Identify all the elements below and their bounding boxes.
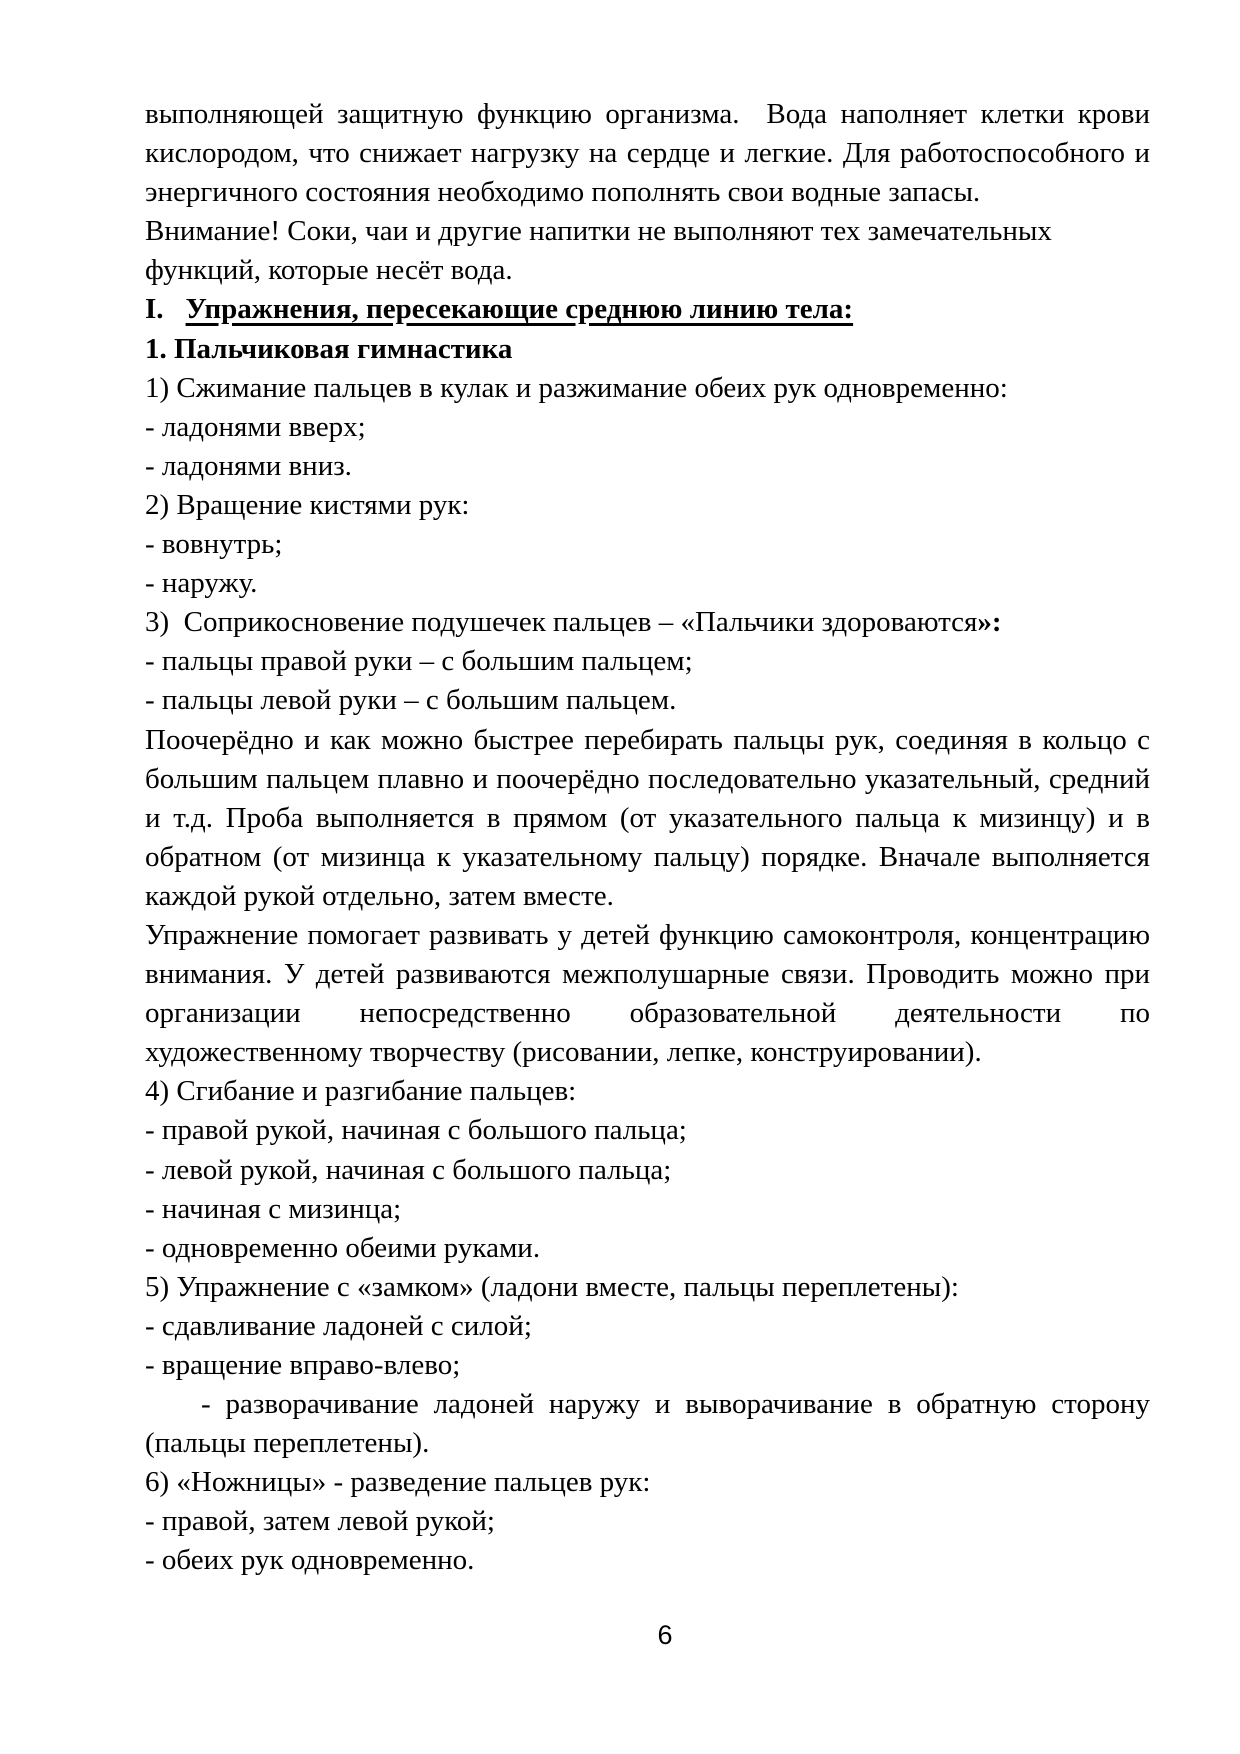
list-subitem: - обеих рук одновременно. bbox=[145, 1541, 1150, 1580]
list-item-1: 1) Сжимание пальцев в кулак и разжимание… bbox=[145, 369, 1150, 408]
subsection-heading: 1. Пальчиковая гимнастика bbox=[145, 330, 1150, 369]
list-subitem: - сдавливание ладоней с силой; bbox=[145, 1307, 1150, 1346]
list-subitem: - левой рукой, начиная с большого пальца… bbox=[145, 1151, 1150, 1190]
page-number: 6 bbox=[45, 1616, 1240, 1655]
list-subitem: - ладонями вверх; bbox=[145, 408, 1150, 447]
list-subitem: - вовнутрь; bbox=[145, 525, 1150, 564]
list-item-3-text: 3) Соприкосновение подушечек пальцев – «… bbox=[145, 606, 977, 638]
section-numeral: I. bbox=[145, 290, 164, 329]
description-paragraph-2: Упражнение помогает развивать у детей фу… bbox=[145, 916, 1150, 1072]
list-subitem: - вращение вправо-влево; bbox=[145, 1346, 1150, 1385]
list-subitem: - правой рукой, начиная с большого пальц… bbox=[145, 1111, 1150, 1150]
list-item-2: 2) Вращение кистями рук: bbox=[145, 486, 1150, 525]
list-subitem: - одновременно обеими руками. bbox=[145, 1229, 1150, 1268]
list-subitem: - ладонями вниз. bbox=[145, 447, 1150, 486]
document-body: выполняющей защитную функцию организма. … bbox=[145, 95, 1150, 1581]
list-item-3-bold-tail: »: bbox=[977, 606, 1001, 638]
list-item-6: 6) «Ножницы» - разведение пальцев рук: bbox=[145, 1463, 1150, 1502]
list-item-4: 4) Сгибание и разгибание пальцев: bbox=[145, 1072, 1150, 1111]
section-heading: I.Упражнения, пересекающие среднюю линию… bbox=[145, 290, 1150, 329]
intro-paragraph-attention: Внимание! Соки, чаи и другие напитки не … bbox=[145, 212, 1150, 290]
list-subitem-wrapped: - разворачивание ладоней наружу и вывора… bbox=[145, 1385, 1150, 1463]
list-subitem: - правой, затем левой рукой; bbox=[145, 1502, 1150, 1541]
list-subitem: - пальцы правой руки – с большим пальцем… bbox=[145, 642, 1150, 681]
list-subitem: - наружу. bbox=[145, 564, 1150, 603]
section-title: Упражнения, пересекающие среднюю линию т… bbox=[186, 293, 854, 325]
list-subitem: - начиная с мизинца; bbox=[145, 1190, 1150, 1229]
document-page: выполняющей защитную функцию организма. … bbox=[0, 0, 1240, 1754]
list-item-5: 5) Упражнение с «замком» (ладони вместе,… bbox=[145, 1268, 1150, 1307]
list-item-3: 3) Соприкосновение подушечек пальцев – «… bbox=[145, 603, 1150, 642]
list-subitem: - пальцы левой руки – с большим пальцем. bbox=[145, 681, 1150, 720]
intro-paragraph-water: выполняющей защитную функцию организма. … bbox=[145, 95, 1150, 212]
description-paragraph-1: Поочерёдно и как можно быстрее перебират… bbox=[145, 721, 1150, 916]
